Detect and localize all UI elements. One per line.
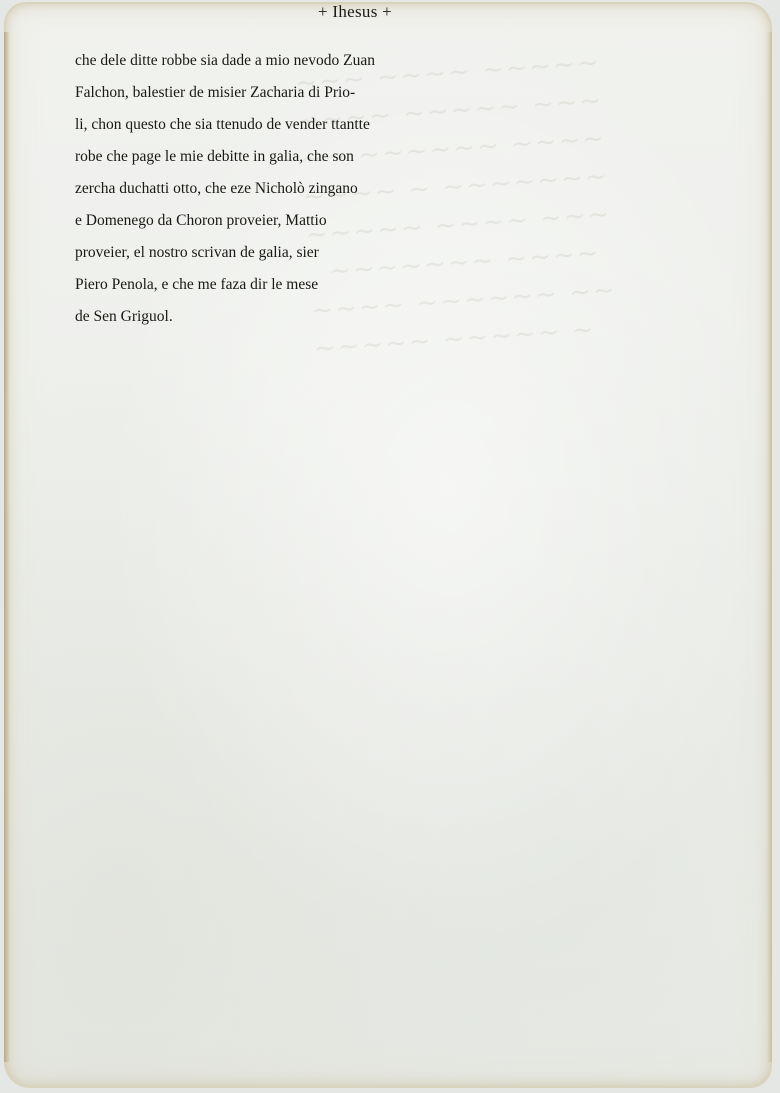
text-line: e Domenego da Choron proveier, Mattio [75, 211, 375, 243]
text-line: Falchon, balestier de misier Zacharia di… [75, 83, 375, 115]
text-line: Piero Penola, e che me faza dir le mese [75, 275, 375, 307]
text-line: li, chon questo che sia ttenudo de vende… [75, 115, 375, 147]
document-heading: + Ihesus + [0, 2, 710, 22]
transcription-text: che dele ditte robbe sia dade a mio nevo… [75, 51, 375, 339]
text-line: de Sen Griguol. [75, 307, 375, 339]
text-line: robe che page le mie debitte in galia, c… [75, 147, 375, 179]
text-line: proveier, el nostro scrivan de galia, si… [75, 243, 375, 275]
document-page: ~~~ ~~~~ ~~~~~ ~~~~ ~~~~~ ~~~ ~~ ~~~~~~ … [0, 0, 780, 1093]
text-line: che dele ditte robbe sia dade a mio nevo… [75, 51, 375, 83]
text-line: zercha duchatti otto, che eze Nicholò zi… [75, 179, 375, 211]
